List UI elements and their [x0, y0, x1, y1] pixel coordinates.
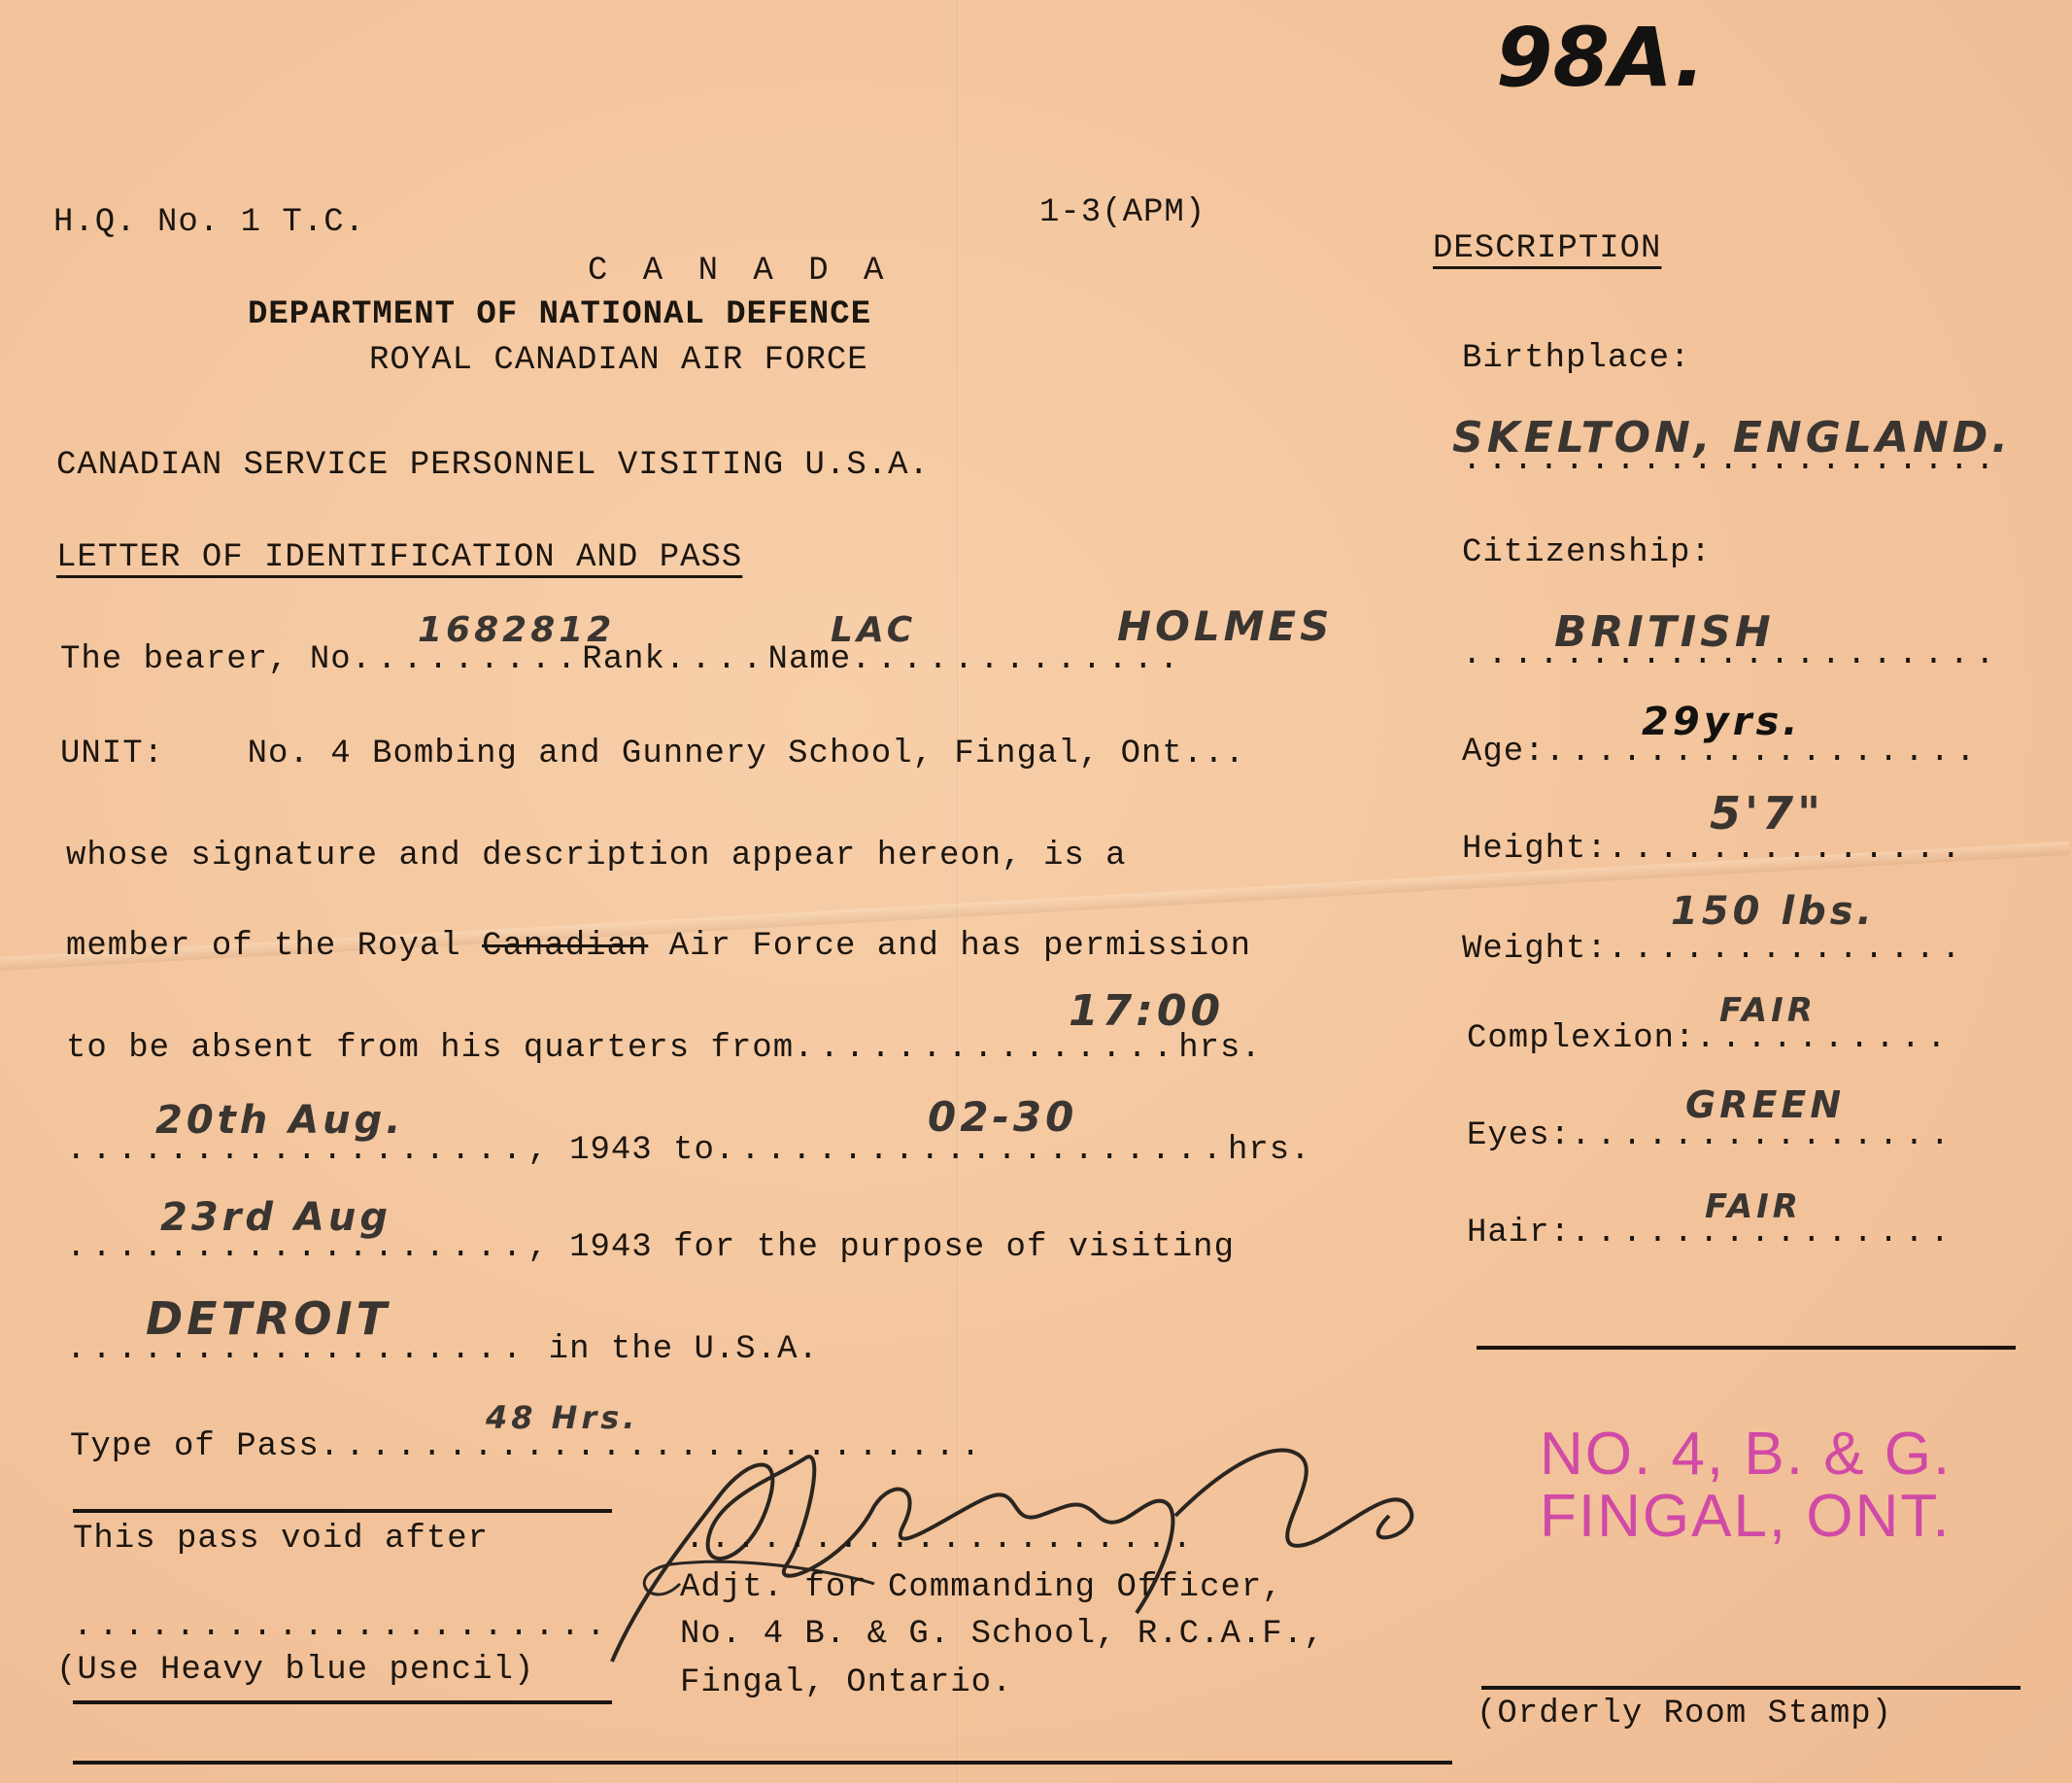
reference-number: 98A. [1496, 10, 1705, 105]
void-label: This pass void after [73, 1521, 489, 1558]
unit-line: UNIT: No. 4 Bombing and Gunnery School, … [60, 736, 1245, 772]
pencil-note: (Use Heavy blue pencil) [56, 1652, 534, 1689]
citizenship-label: Citizenship: [1462, 534, 1712, 571]
pass-type-label: Type of Pass [70, 1428, 320, 1465]
stamp-line-1: NO. 4, B. & G. [1540, 1423, 1952, 1486]
void-date-field[interactable]: ..................... [73, 1608, 611, 1645]
name-value: HOLMES [1117, 602, 1333, 650]
complexion-line: Complexion:.......... [1467, 1020, 1952, 1057]
weight-value: 150 lbs. [1671, 889, 1876, 934]
orderly-room-stamp: NO. 4, B. & G.FINGAL, ONT. [1540, 1423, 1952, 1548]
weight-label: Weight: [1462, 931, 1608, 968]
birthplace-label: Birthplace: [1462, 340, 1690, 377]
text: , 1943 to [527, 1132, 715, 1169]
eyes-label: Eyes: [1467, 1117, 1571, 1154]
unit-label: UNIT: [60, 736, 164, 772]
divider [73, 1700, 612, 1704]
form-code: 1-3(APM) [1039, 194, 1206, 231]
height-label: Height: [1462, 831, 1608, 868]
stamp-caption: (Orderly Room Stamp) [1477, 1696, 1892, 1732]
text: to be absent from his quarters from [66, 1030, 794, 1067]
text: member of the Royal [66, 928, 482, 965]
bearer-line: The bearer, No.........Rank....Name.....… [60, 641, 1184, 678]
text: Air Force and has permission [648, 928, 1251, 965]
bearer-number-value: 1682812 [418, 610, 615, 650]
destination-value: DETROIT [146, 1292, 391, 1345]
bearer-label: The bearer, No [60, 641, 352, 678]
unit-value: No. 4 Bombing and Gunnery School, Fingal… [248, 736, 1245, 772]
divider [73, 1509, 612, 1513]
hrs-label: hrs. [1228, 1132, 1311, 1169]
age-value: 29yrs. [1642, 700, 1801, 744]
stamp-line-2: FINGAL, ONT. [1540, 1486, 1952, 1548]
to-date-value: 23rd Aug [160, 1195, 391, 1240]
subtitle: CANADIAN SERVICE PERSONNEL VISITING U.S.… [56, 447, 930, 484]
weight-line: Weight:.............. [1462, 931, 1966, 968]
signer-location: Fingal, Ontario. [680, 1664, 1012, 1701]
age-label: Age: [1462, 734, 1546, 771]
country-heading: C A N A D A [588, 253, 891, 290]
height-value: 5'7" [1710, 787, 1824, 840]
body-line-4: member of the Royal Canadian Air Force a… [66, 928, 1251, 965]
divider [1477, 1346, 2016, 1350]
signature-field[interactable]: .................... [685, 1521, 1198, 1558]
text: in the U.S.A. [549, 1331, 819, 1368]
eyes-value: GREEN [1685, 1083, 1845, 1126]
complexion-label: Complexion: [1467, 1020, 1695, 1057]
to-time-value: 02-30 [928, 1093, 1077, 1141]
body-line-3: whose signature and description appear h… [66, 838, 1127, 874]
bottom-rule [73, 1761, 1452, 1765]
signer-unit: No. 4 B. & G. School, R.C.A.F., [680, 1616, 1325, 1653]
service-heading: ROYAL CANADIAN AIR FORCE [369, 342, 868, 379]
department-heading: DEPARTMENT OF NATIONAL DEFENCE [248, 296, 871, 333]
document-title: LETTER OF IDENTIFICATION AND PASS [56, 539, 742, 576]
divider [1481, 1686, 2021, 1690]
complexion-value: FAIR [1719, 991, 1817, 1030]
hq-label: H.Q. No. 1 T.C. [53, 204, 365, 241]
signer-title: Adjt. for Commanding Officer, [680, 1569, 1283, 1606]
struck-word: Canadian [482, 928, 648, 965]
citizenship-field[interactable]: ..................... [1462, 636, 2000, 673]
description-heading: DESCRIPTION [1433, 230, 1661, 267]
from-time-value: 17:00 [1069, 986, 1224, 1036]
hair-label: Hair: [1467, 1215, 1571, 1252]
rank-value: LAC [831, 610, 916, 650]
hair-value: FAIR [1705, 1187, 1802, 1226]
text: , 1943 for the purpose of visiting [527, 1229, 1235, 1266]
from-date-value: 20th Aug. [155, 1098, 404, 1143]
birthplace-field[interactable]: ..................... [1462, 442, 2000, 479]
